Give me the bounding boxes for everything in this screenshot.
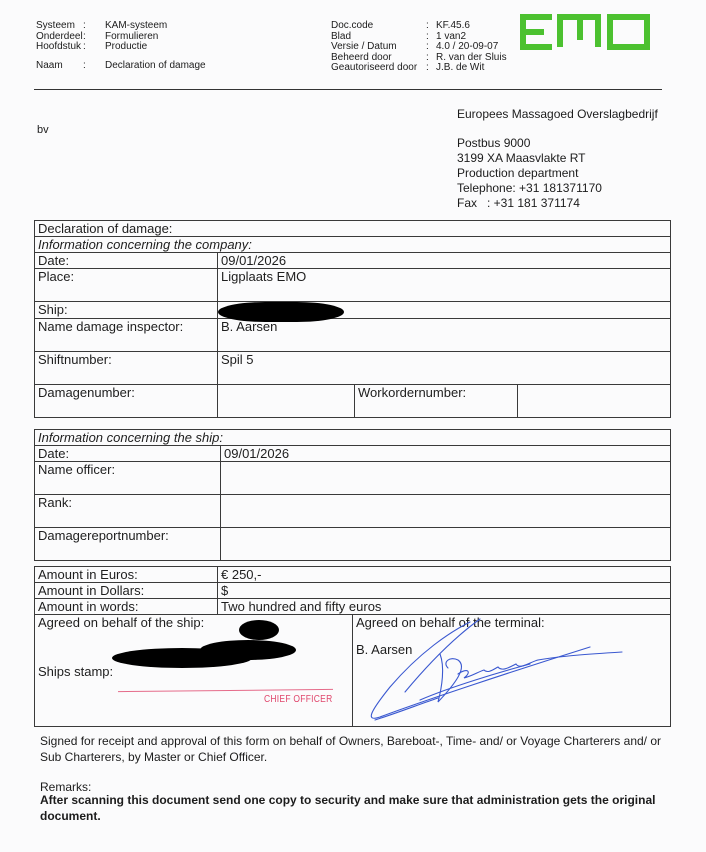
company-info-table: Declaration of damage: Information conce… <box>34 220 671 418</box>
company-address: Europees Massagoed Overslagbedrijf Postb… <box>457 107 658 211</box>
ships-stamp: CHIEF OFFICER <box>264 694 332 705</box>
damagereportnumber-field[interactable] <box>221 528 671 561</box>
remarks-text: After scanning this document send one co… <box>40 792 670 824</box>
form-title: Declaration of damage: <box>35 221 671 237</box>
header-value: Productie <box>105 41 147 52</box>
workordernumber-field[interactable] <box>518 385 671 418</box>
shiftnumber-field[interactable]: Spil 5 <box>218 352 671 385</box>
header-key: Naam <box>36 61 83 72</box>
ship-name-redaction <box>218 302 344 322</box>
header-row-naam: Naam:Declaration of damage <box>36 61 206 72</box>
recipient-name: bv <box>37 124 49 136</box>
amount-euros-field[interactable]: € 250,- <box>218 567 671 583</box>
approval-statement: Signed for receipt and approval of this … <box>40 733 680 765</box>
header-value: Declaration of damage <box>105 60 206 71</box>
header-row-doccode: Doc.code:KF.45.6 <box>331 21 507 32</box>
header-row-geautoriseerd: Geautoriseerd door:J.B. de Wit <box>331 63 507 74</box>
header-left-block: Systeem:KAM-systeem Onderdeel:Formuliere… <box>36 21 206 71</box>
terminal-signature <box>360 612 630 730</box>
header-value: KAM-systeem <box>105 20 167 31</box>
header-value: Formulieren <box>105 31 158 42</box>
rank-field[interactable] <box>221 495 671 528</box>
header-divider <box>34 89 662 90</box>
company-date-field[interactable]: 09/01/2026 <box>218 253 671 269</box>
ship-info-table: Information concerning the ship: Date:09… <box>34 429 671 561</box>
inspector-field[interactable]: B. Aarsen <box>218 319 671 352</box>
company-name: Europees Massagoed Overslagbedrijf <box>457 107 658 122</box>
place-field[interactable]: Ligplaats EMO <box>218 269 671 302</box>
damagenumber-field[interactable] <box>218 385 355 418</box>
ship-officer-redaction-3 <box>112 648 252 668</box>
header-key: Hoofdstuk <box>36 42 83 53</box>
amount-dollars-field[interactable]: $ <box>218 583 671 599</box>
ship-section-heading: Information concerning the ship: <box>35 430 671 446</box>
ship-date-field[interactable]: 09/01/2026 <box>221 446 671 462</box>
ship-officer-redaction <box>239 620 279 640</box>
ship-signature-box[interactable]: Agreed on behalf of the ship: Ships stam… <box>35 615 353 727</box>
emo-logo <box>520 14 650 50</box>
header-row-hoofdstuk: Hoofdstuk:Productie <box>36 42 206 53</box>
header-right-block: Doc.code:KF.45.6 Blad:1 van2 Versie / Da… <box>331 21 507 74</box>
header-key: Systeem <box>36 21 83 32</box>
officer-name-field[interactable] <box>221 462 671 495</box>
company-section-heading: Information concerning the company: <box>35 237 671 253</box>
